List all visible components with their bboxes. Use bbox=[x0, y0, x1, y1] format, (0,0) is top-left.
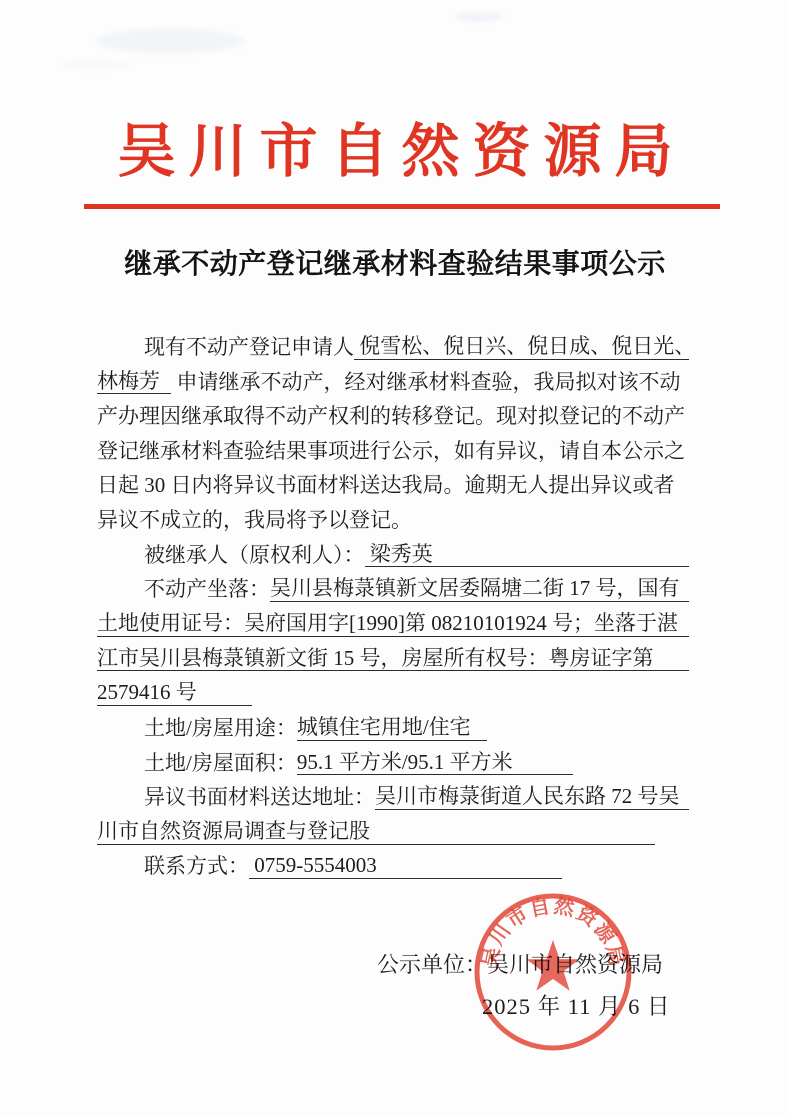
body-text-segment: 异议不成立的，我局将予以登记。 bbox=[97, 508, 412, 533]
body-line: 土地使用证号：吴府国用字[1990]第 08210101924 号；坐落于湛 bbox=[97, 605, 689, 640]
filled-in-value: 江市吴川县梅菉镇新文街 15 号，房屋所有权号：粤房证字第 bbox=[97, 646, 689, 672]
filled-in-value: 林梅芳 bbox=[97, 369, 171, 395]
official-seal-stamp: 吴川市自然资源局 bbox=[470, 892, 636, 1058]
body-line: 川市自然资源局调查与登记股 bbox=[97, 813, 689, 848]
body-text-segment: 不动产坐落： bbox=[97, 577, 270, 602]
body-line: 土地/房屋面积：95.1 平方米/95.1 平方米 bbox=[97, 744, 689, 779]
agency-letterhead: 吴川市自然资源局 bbox=[0, 104, 790, 188]
filled-in-value: 吴川县梅菉镇新文居委隔塘二街 17 号，国有 bbox=[270, 576, 689, 602]
body-line: 林梅芳 申请继承不动产，经对继承材料查验，我局拟对该不动 bbox=[97, 363, 689, 398]
body-line: 2579416 号 bbox=[97, 674, 689, 709]
body-text-segment: 异议书面材料送达地址： bbox=[97, 785, 375, 810]
document-page: 吴川市自然资源局 继承不动产登记继承材料查验结果事项公示 现有不动产登记申请人 … bbox=[0, 0, 790, 1115]
body-line: 不动产坐落：吴川县梅菉镇新文居委隔塘二街 17 号，国有 bbox=[97, 570, 689, 605]
scan-artifact bbox=[60, 60, 130, 70]
document-title: 继承不动产登记继承材料查验结果事项公示 bbox=[0, 242, 790, 282]
body-line: 被继承人（原权利人）： 梁秀英 bbox=[97, 536, 689, 571]
filled-in-value: 2579416 号 bbox=[97, 680, 252, 706]
scan-artifact bbox=[95, 28, 245, 54]
body-text-segment: 土地/房屋面积： bbox=[97, 751, 297, 776]
body-lines: 现有不动产登记申请人 倪雪松、倪日兴、倪日成、倪日光、林梅芳 申请继承不动产，经… bbox=[97, 328, 689, 882]
seal-star-icon bbox=[526, 940, 579, 991]
filled-in-value: 梁秀英 bbox=[365, 542, 690, 568]
filled-in-value: 95.1 平方米/95.1 平方米 bbox=[297, 750, 573, 776]
filled-in-value: 川市自然资源局调查与登记股 bbox=[97, 819, 655, 845]
body-line: 登记继承材料查验结果事项进行公示，如有异议，请自本公示之 bbox=[97, 432, 689, 467]
filled-in-value: 0759-5554003 bbox=[249, 853, 562, 879]
filled-in-value: 吴川市梅菉街道人民东路 72 号吴 bbox=[375, 784, 689, 810]
body-line: 产办理因继承取得不动产权利的转移登记。现对拟登记的不动产 bbox=[97, 397, 689, 432]
body-text-segment: 申请继承不动产，经对继承材料查验，我局拟对该不动 bbox=[171, 370, 680, 395]
body-text-segment: 被继承人（原权利人）： bbox=[97, 543, 365, 568]
body-text-segment: 登记继承材料查验结果事项进行公示，如有异议，请自本公示之 bbox=[97, 439, 685, 464]
body-text-segment: 联系方式： bbox=[97, 854, 249, 879]
body-text-segment: 土地/房屋用途： bbox=[97, 716, 297, 741]
body-line: 异议不成立的，我局将予以登记。 bbox=[97, 501, 689, 536]
body-line: 异议书面材料送达地址：吴川市梅菉街道人民东路 72 号吴 bbox=[97, 778, 689, 813]
body-text-segment: 产办理因继承取得不动产权利的转移登记。现对拟登记的不动产 bbox=[97, 404, 685, 429]
letterhead-divider bbox=[84, 204, 720, 209]
filled-in-value: 土地使用证号：吴府国用字[1990]第 08210101924 号；坐落于湛 bbox=[97, 611, 689, 637]
scan-artifact bbox=[455, 12, 503, 22]
filled-in-value: 倪雪松、倪日兴、倪日成、倪日光、 bbox=[354, 334, 689, 360]
body-text-segment: 现有不动产登记申请人 bbox=[97, 335, 354, 360]
body-line: 现有不动产登记申请人 倪雪松、倪日兴、倪日成、倪日光、 bbox=[97, 328, 689, 363]
body-line: 联系方式： 0759-5554003 bbox=[97, 848, 689, 883]
filled-in-value: 城镇住宅用地/住宅 bbox=[297, 715, 487, 741]
body-line: 江市吴川县梅菉镇新文街 15 号，房屋所有权号：粤房证字第 bbox=[97, 640, 689, 675]
body-line: 土地/房屋用途：城镇住宅用地/住宅 bbox=[97, 709, 689, 744]
body-text-segment: 日起 30 日内将异议书面材料送达我局。逾期无人提出异议或者 bbox=[97, 473, 675, 498]
body-line: 日起 30 日内将异议书面材料送达我局。逾期无人提出异议或者 bbox=[97, 467, 689, 502]
